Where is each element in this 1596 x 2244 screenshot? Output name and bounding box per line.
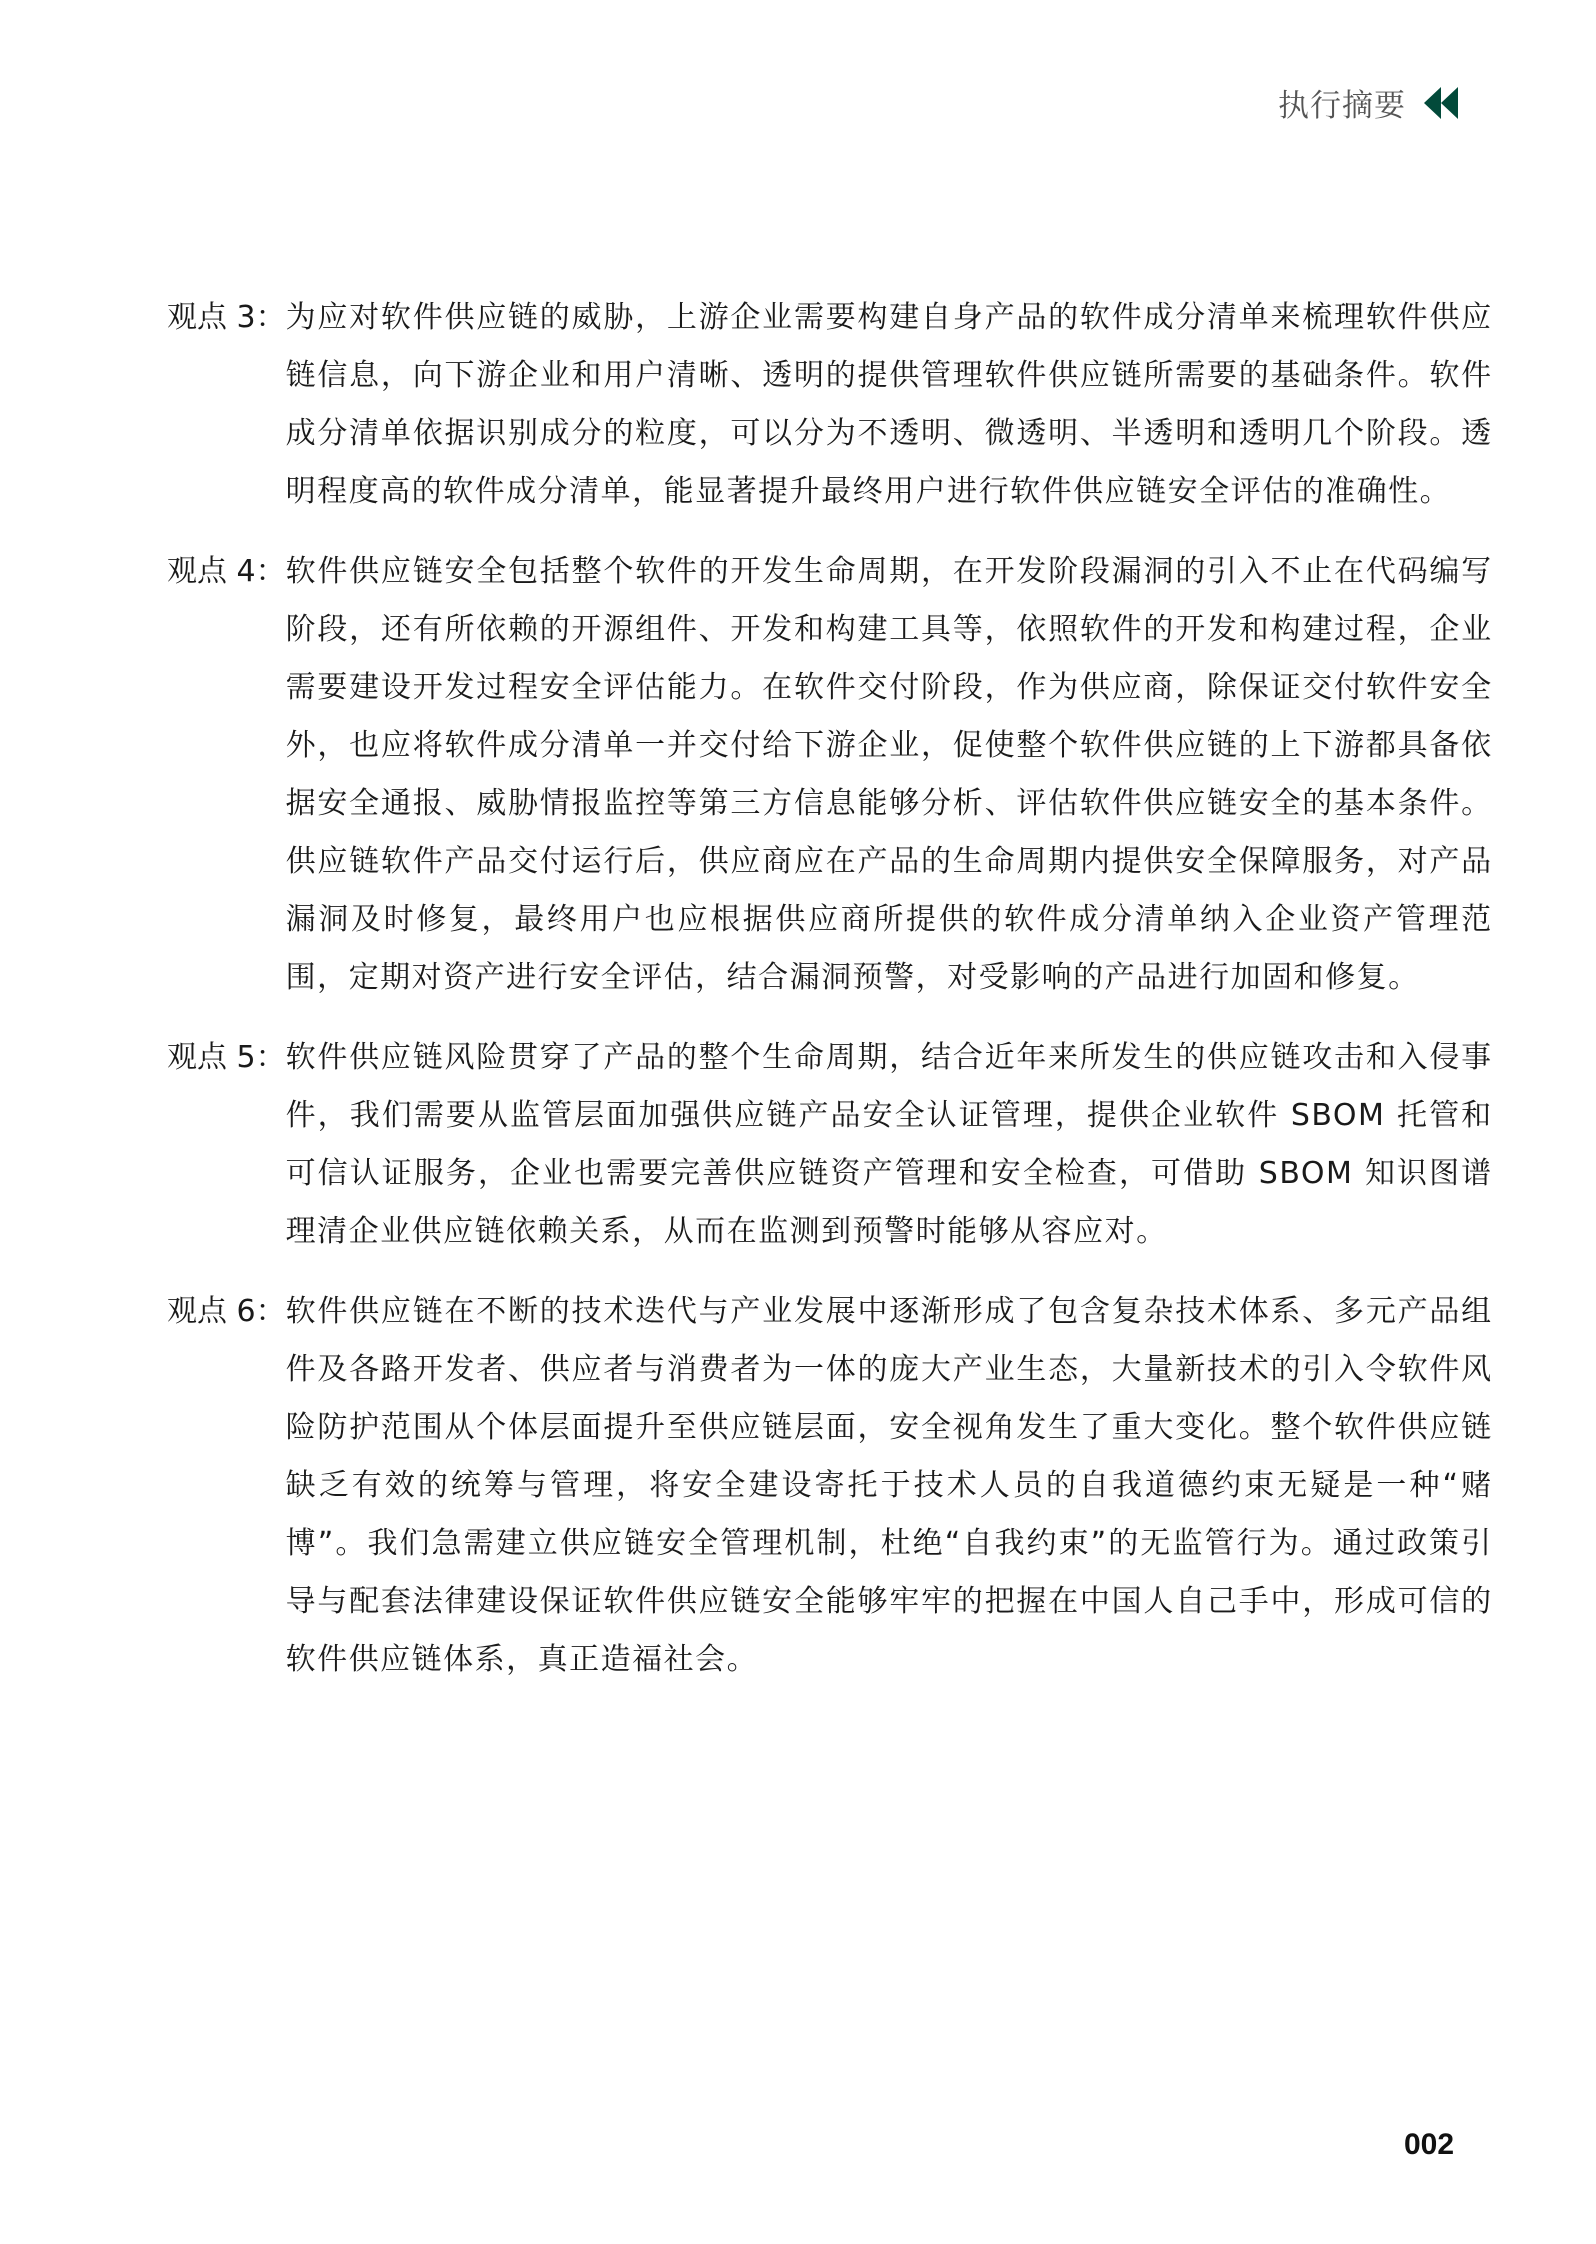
point-text: 软件供应链在不断的技术迭代与产业发展中逐渐形成了包含复杂技术体系、多元产品组件及… bbox=[286, 1283, 1493, 1689]
point-6: 观点 6： 软件供应链在不断的技术迭代与产业发展中逐渐形成了包含复杂技术体系、多… bbox=[167, 1283, 1467, 1689]
point-label: 观点 6： bbox=[167, 1283, 286, 1689]
point-4: 观点 4： 软件供应链安全包括整个软件的开发生命周期，在开发阶段漏洞的引入不止在… bbox=[167, 543, 1467, 1007]
point-text: 为应对软件供应链的威胁，上游企业需要构建自身产品的软件成分清单来梳理软件供应链信… bbox=[286, 289, 1493, 521]
section-title: 执行摘要 bbox=[1278, 80, 1406, 125]
point-text: 软件供应链安全包括整个软件的开发生命周期，在开发阶段漏洞的引入不止在代码编写阶段… bbox=[286, 543, 1493, 1007]
point-text: 软件供应链风险贯穿了产品的整个生命周期，结合近年来所发生的供应链攻击和入侵事件，… bbox=[286, 1029, 1493, 1261]
point-5: 观点 5： 软件供应链风险贯穿了产品的整个生命周期，结合近年来所发生的供应链攻击… bbox=[167, 1029, 1467, 1261]
point-label: 观点 4： bbox=[167, 543, 286, 1007]
rewind-icon bbox=[1424, 87, 1460, 119]
point-label: 观点 5： bbox=[167, 1029, 286, 1261]
points-list: 观点 3： 为应对软件供应链的威胁，上游企业需要构建自身产品的软件成分清单来梳理… bbox=[167, 289, 1467, 1711]
running-header: 执行摘要 bbox=[1278, 80, 1460, 125]
page-number: 002 bbox=[1404, 2128, 1454, 2162]
point-label: 观点 3： bbox=[167, 289, 286, 521]
point-3: 观点 3： 为应对软件供应链的威胁，上游企业需要构建自身产品的软件成分清单来梳理… bbox=[167, 289, 1467, 521]
